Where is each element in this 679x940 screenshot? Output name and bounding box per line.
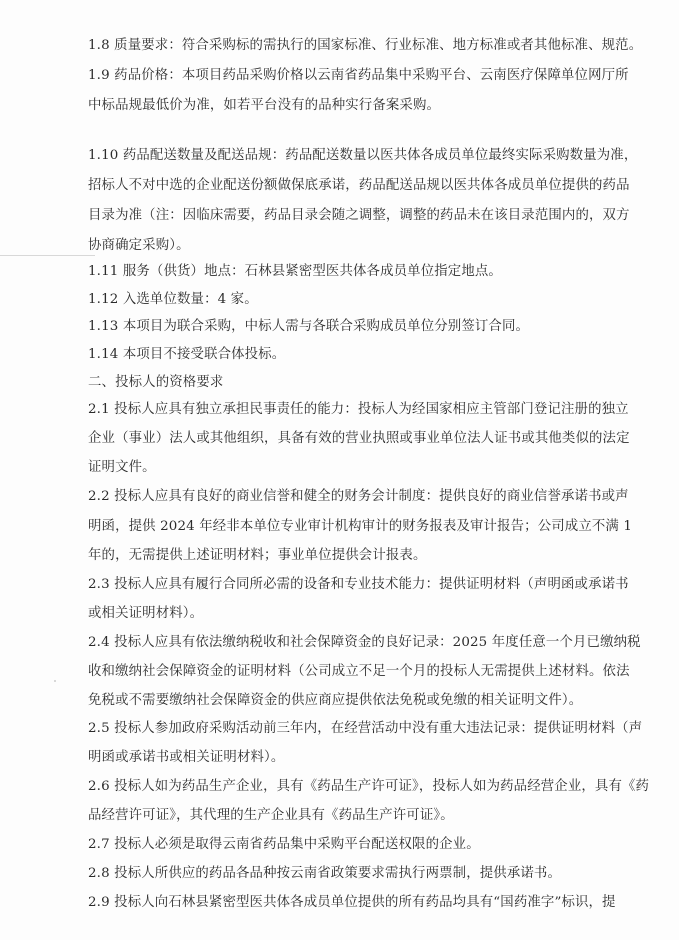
paragraph-2-5-no-violations: 2.5 投标人参加政府采购活动前三年内，在经营活动中没有重大违法记录：提供证明材…	[88, 720, 642, 738]
paragraph-1-11-service-location: 1.11 服务（供货）地点：石林县紧密型医共体各成员单位指定地点。	[88, 263, 502, 281]
scan-speck	[54, 680, 56, 682]
scan-fold-line	[0, 255, 95, 256]
paragraph-2-3-equipment-capability: 2.3 投标人应具有履行合同所必需的设备和专业技术能力：提供证明材料（声明函或承…	[88, 576, 629, 594]
paragraph-1-12-selected-count: 1.12 入选单位数量：4 家。	[88, 291, 258, 309]
paragraph-2-6-cont: 品经营许可证》，其代理的生产企业具有《药品生产许可证》。	[88, 807, 454, 825]
paragraph-2-5-cont: 明函或承诺书或相关证明材料）。	[88, 749, 284, 767]
scanned-document-page: 1.8 质量要求：符合采购标的需执行的国家标准、行业标准、地方标准或者其他标准、…	[0, 0, 679, 940]
paragraph-1-8-quality-requirement: 1.8 质量要求：符合采购标的需执行的国家标准、行业标准、地方标准或者其他标准、…	[88, 37, 642, 55]
paragraph-2-7-delivery-rights: 2.7 投标人必须是取得云南省药品集中采购平台配送权限的企业。	[88, 836, 480, 854]
paragraph-1-10-delivery-cont-2: 目录为准（注：因临床需要，药品目录会随之调整，调整的药品未在该目录范围内的，双方	[88, 207, 630, 225]
paragraph-1-14-no-consortium: 1.14 本项目不接受联合体投标。	[88, 346, 285, 364]
paragraph-2-8-two-invoice-system: 2.8 投标人所供应的药品各品种按云南省政策要求需执行两票制，提供承诺书。	[88, 865, 561, 883]
paragraph-1-9-drug-price: 1.9 药品价格：本项目药品采购价格以云南省药品集中采购平台、云南医疗保障单位网…	[88, 67, 629, 85]
paragraph-2-2-reputation-finance: 2.2 投标人应具有良好的商业信誉和健全的财务会计制度：提供良好的商业信誉承诺书…	[88, 488, 629, 506]
paragraph-1-10-delivery: 1.10 药品配送数量及配送品规：药品配送数量以医共体各成员单位最终实际采购数量…	[88, 147, 637, 165]
paragraph-2-3-cont: 或相关证明材料）。	[88, 605, 203, 623]
paragraph-2-4-tax-social-security: 2.4 投标人应具有依法缴纳税收和社会保障资金的良好记录：2025 年度任意一个…	[88, 634, 641, 652]
paragraph-2-2-cont-2: 年的，无需提供上述证明材料；事业单位提供会计报表。	[88, 547, 427, 565]
paragraph-2-6-licenses: 2.6 投标人如为药品生产企业，具有《药品生产许可证》，投标人如为药品经营企业，…	[88, 778, 649, 796]
paragraph-2-4-cont-1: 收和缴纳社会保障资金的证明材料（公司成立不足一个月的投标人无需提供上述材料。依法	[88, 663, 630, 681]
paragraph-1-10-delivery-cont-3: 协商确定采购）。	[88, 237, 190, 255]
paragraph-1-13-joint-procurement: 1.13 本项目为联合采购，中标人需与各联合采购成员单位分别签订合同。	[88, 318, 529, 336]
section-heading-bidder-qualifications: 二、投标人的资格要求	[88, 374, 223, 392]
paragraph-2-1-cont-2: 证明文件。	[88, 459, 156, 477]
paragraph-2-4-cont-2: 免税或不需要缴纳社会保障资金的供应商应提供依法免税或免缴的相关证明文件）。	[88, 692, 582, 710]
paragraph-2-1-cont-1: 企业（事业）法人或其他组织，具备有效的营业执照或事业单位法人证书或其他类似的法定	[88, 430, 630, 448]
paragraph-1-9-drug-price-cont: 中标品规最低价为准，如若平台没有的品种实行备案采购。	[88, 97, 440, 115]
paragraph-2-1-civil-liability: 2.1 投标人应具有独立承担民事责任的能力：投标人为经国家相应主管部门登记注册的…	[88, 401, 629, 419]
paragraph-2-2-cont-1: 明函，提供 2024 年经非本单位专业审计机构审计的财务报表及审计报告；公司成立…	[88, 518, 632, 536]
paragraph-1-10-delivery-cont-1: 招标人不对中选的企业配送份额做保底承诺，药品配送品规以医共体各成员单位提供的药品	[88, 177, 630, 195]
paragraph-2-9-national-drug-approval: 2.9 投标人向石林县紧密型医共体各成员单位提供的所有药品均具有“国药准字”标识…	[88, 894, 616, 912]
